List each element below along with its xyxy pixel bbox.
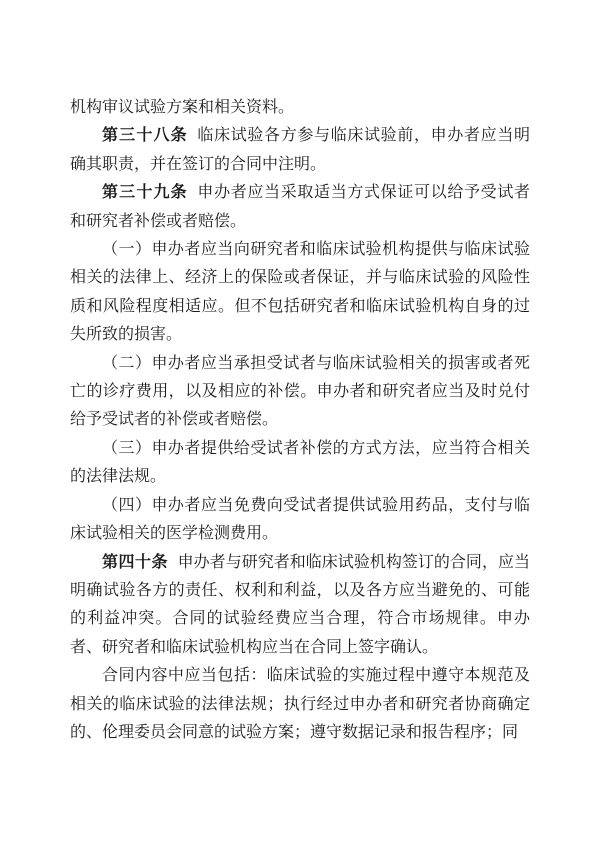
- document-page: 机构审议试验方案和相关资料。 第三十八条临床试验各方参与临床试验前，申办者应当明…: [0, 0, 595, 841]
- paragraph-text: 合同内容中应当包括：临床试验的实施过程中遵守本规范及相关的临床试验的法律法规；执…: [70, 665, 530, 741]
- paragraph-item-2: （二）申办者应当承担受试者与临床试验相关的损害或者死亡的诊疗费用，以及相应的补偿…: [70, 349, 530, 434]
- article-number: 第三十八条: [102, 125, 188, 144]
- paragraph-item-3: （三）申办者提供给受试者补偿的方式方法，应当符合相关的法律法规。: [70, 434, 530, 491]
- paragraph-article-38: 第三十八条临床试验各方参与临床试验前，申办者应当明确其职责，并在签订的合同中注明…: [70, 121, 530, 178]
- paragraph-article-39: 第三十九条申办者应当采取适当方式保证可以给予受试者和研究者补偿或者赔偿。: [70, 178, 530, 235]
- paragraph-text: （四）申办者应当免费向受试者提供试验用药品，支付与临床试验相关的医学检测费用。: [70, 495, 530, 542]
- article-number: 第三十九条: [102, 182, 188, 201]
- paragraph-text: （二）申办者应当承担受试者与临床试验相关的损害或者死亡的诊疗费用，以及相应的补偿…: [70, 353, 530, 429]
- paragraph-text: 机构审议试验方案和相关资料。: [70, 97, 294, 116]
- paragraph-contract-contents: 合同内容中应当包括：临床试验的实施过程中遵守本规范及相关的临床试验的法律法规；执…: [70, 661, 530, 746]
- article-number: 第四十条: [102, 552, 168, 571]
- paragraph-text: （一）申办者应当向研究者和临床试验机构提供与临床试验相关的法律上、经济上的保险或…: [70, 239, 530, 343]
- paragraph-item-1: （一）申办者应当向研究者和临床试验机构提供与临床试验相关的法律上、经济上的保险或…: [70, 235, 530, 349]
- paragraph-text: （三）申办者提供给受试者补偿的方式方法，应当符合相关的法律法规。: [70, 438, 530, 485]
- paragraph-continuation: 机构审议试验方案和相关资料。: [70, 93, 530, 121]
- document-body: 机构审议试验方案和相关资料。 第三十八条临床试验各方参与临床试验前，申办者应当明…: [70, 93, 530, 746]
- paragraph-item-4: （四）申办者应当免费向受试者提供试验用药品，支付与临床试验相关的医学检测费用。: [70, 491, 530, 548]
- paragraph-article-40: 第四十条申办者与研究者和临床试验机构签订的合同，应当明确试验各方的责任、权利和利…: [70, 548, 530, 662]
